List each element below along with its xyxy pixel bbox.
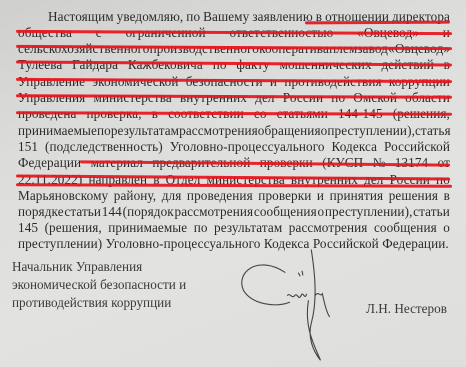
signatory-name: Л.Н. Нестеров bbox=[366, 301, 447, 317]
handwritten-signature-icon bbox=[230, 240, 350, 367]
letter-line: принимаемыепорезультатамрассмотренияобра… bbox=[18, 123, 450, 139]
letter-line: Марьяновскомурайону,дляпроведенияпроверк… bbox=[18, 188, 450, 204]
signatory-title-line: противодействия коррупции bbox=[12, 294, 186, 312]
signatory-title-line: экономической безопасности и bbox=[12, 276, 186, 294]
letter-line: 145(решения,принимаемыепорезультатамрасс… bbox=[18, 220, 450, 236]
signatory-title: Начальник Управления экономической безоп… bbox=[12, 258, 186, 312]
scanned-letter: Настоящимуведомляю,поВашемузаявлениювотн… bbox=[0, 0, 466, 367]
signatory-title-line: Начальник Управления bbox=[12, 258, 186, 276]
letter-line: порядкестатьи144(порядокрассмотрениясооб… bbox=[18, 204, 450, 220]
letter-line: 151(подследственность)Уголовно-процессуа… bbox=[18, 139, 450, 155]
